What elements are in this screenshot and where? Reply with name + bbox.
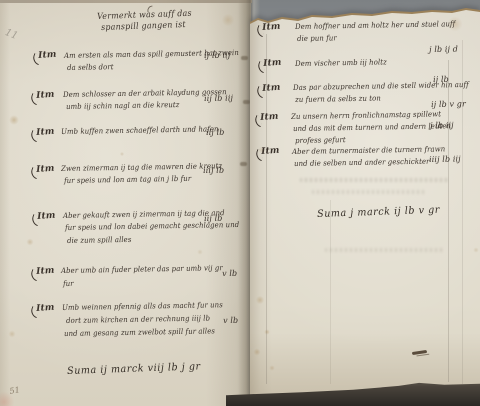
- entry-amount: v lb: [222, 270, 237, 278]
- entry-text-line: fur speis und lon am tag ain j lb fur: [64, 175, 191, 185]
- entry-amount: v lb: [223, 317, 238, 325]
- entry-text-line: Dem vischer umb iij holtz: [295, 58, 387, 67]
- item-mark: Itm: [261, 147, 280, 157]
- item-mark: Itm: [36, 304, 55, 314]
- entry-amount: iij lb iij: [204, 94, 233, 103]
- item-mark: Itm: [263, 59, 282, 69]
- entry-amount: ij lb v gr: [431, 100, 466, 109]
- margin-rule-line: [462, 40, 463, 384]
- entry-text-line: die zum spill alles: [67, 236, 132, 245]
- entry-amount: ij lb iij: [204, 52, 230, 60]
- item-mark: Itm: [37, 212, 56, 222]
- item-mark: Itm: [36, 165, 55, 175]
- entry-amount: iij lb: [204, 215, 223, 223]
- entry-text-line: profess gefurt: [295, 136, 346, 144]
- item-mark: Itm: [38, 51, 57, 61]
- item-mark: Itm: [262, 84, 281, 94]
- ink-bleed-mark: [243, 100, 250, 104]
- item-mark: Itm: [36, 267, 55, 277]
- entry-text-line: fur: [63, 280, 74, 288]
- entry-amount: iiij lb: [203, 167, 224, 175]
- bleedthrough-line: [300, 178, 450, 182]
- item-mark: Itm: [262, 23, 281, 33]
- bleedthrough-line: [325, 248, 445, 252]
- margin-rule-line: [330, 200, 331, 384]
- item-mark: Itm: [260, 113, 279, 123]
- item-mark: Itm: [36, 91, 55, 101]
- entry-amount: j lb iij: [430, 122, 454, 130]
- bleedthrough-line: [312, 190, 427, 194]
- left-page-top-edge: [0, 0, 252, 3]
- entry-text-line: umb iij schin nagl an die kreutz: [66, 101, 180, 110]
- item-mark: Itm: [36, 128, 55, 138]
- entry-amount: iij lb: [206, 129, 225, 137]
- ink-bleed-mark: [240, 162, 247, 166]
- entry-amount: iiij lb iij: [429, 155, 461, 164]
- entry-text-line: zu fuern da selbs zu ton: [295, 95, 381, 104]
- entry-text-line: da selbs dort: [67, 63, 114, 71]
- entry-text-line: die pun fur: [297, 34, 337, 42]
- entry-amount: j lb ij d: [429, 45, 458, 54]
- manuscript-photo: 11 Vermerkt was auff das spanspill gange…: [0, 0, 480, 406]
- ink-bleed-mark: [241, 56, 248, 60]
